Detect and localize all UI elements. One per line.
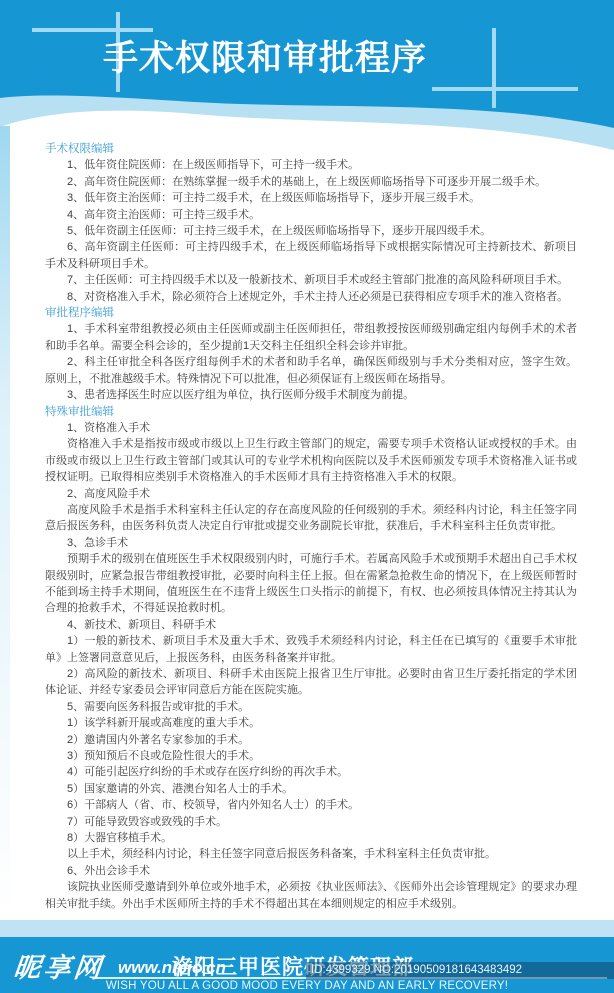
- paragraph: 7、主任医师：可主持四级手术以及一般新技术、新项目手术或经主管部门批准的高风险科…: [45, 272, 577, 288]
- paragraph: 2）高风险的新技术、新项目、科研手术由医院上报省卫生厅审批。必要时由省卫生厅委托…: [45, 666, 577, 699]
- paragraph: 5、需要向医务科报告或审批的手术。: [45, 699, 577, 715]
- section: 手术权限编辑 1、低年资住院医师：在上级医师指导下，可主持一级手术。2、高年资住…: [45, 141, 577, 305]
- footer-slogan: WISH YOU ALL A GOOD MOOD EVERY DAY AND A…: [0, 980, 614, 992]
- section: 特殊审批编辑 1、资格准入手术资格准入手术是指按市级或市级以上卫生行政主管部门的…: [45, 404, 577, 913]
- section: 审批程序编辑 1、手术科室带组教授必须由主任医师或副主任医师担任，带组教授按医师…: [45, 305, 577, 403]
- section-heading: 手术权限编辑: [45, 141, 577, 157]
- paragraph: 4、新技术、新项目、科研手术: [45, 617, 577, 633]
- section-paragraphs: 1、手术科室带组教授必须由主任医师或副主任医师担任，带组教授按医师级别确定组内每…: [45, 321, 577, 403]
- watermark-id: ID:4399329 NO:20190509181643483492: [306, 962, 614, 979]
- paragraph: 6、高年资副主任医师：可主持四级手术，在上级医师临场指导下或根据实际情况可主持新…: [45, 239, 577, 272]
- footer-divider-band: [0, 920, 614, 937]
- paragraph: 预期手术的级别在值班医生手术权限级别内时，可施行手术。若属高风险手术或预期手术超…: [45, 551, 577, 617]
- content: 手术权限编辑 1、低年资住院医师：在上级医师指导下，可主持一级手术。2、高年资住…: [45, 141, 577, 912]
- poster-page: 手术权限和审批程序 手术权限编辑 1、低年资住院医师：在上级医师指导下，可主持一…: [0, 0, 614, 993]
- paragraph: 2）邀请国内外著名专家参加的手术。: [45, 732, 577, 748]
- paragraph: 6）干部病人（省、市、校领导，省内外知名人士）的手术。: [45, 797, 577, 813]
- paragraph: 5）国家邀请的外宾、港澳台知名人士的手术。: [45, 781, 577, 797]
- paragraph: 5、低年资副主任医师：可主持三级手术，在上级医师临场指导下，逐步开展四级手术。: [45, 223, 577, 239]
- paragraph: 7）可能导致毁容或致残的手术。: [45, 814, 577, 830]
- paragraph: 以上手术，须经科内讨论，科主任签字同意后报医务科备案，手术科室科主任负责审批。: [45, 846, 577, 862]
- paragraph: 1、低年资住院医师：在上级医师指导下，可主持一级手术。: [45, 157, 577, 173]
- section-paragraphs: 1、低年资住院医师：在上级医师指导下，可主持一级手术。2、高年资住院医师：在熟练…: [45, 157, 577, 305]
- paragraph: 6、外出会诊手术: [45, 863, 577, 879]
- paragraph: 8、对资格准入手术，除必须符合上述规定外，手术主持人还必须是已获得相应专项手术的…: [45, 289, 577, 305]
- paragraph: 3）预知预后不良或危险性很大的手术。: [45, 748, 577, 764]
- paragraph: 1）该学科新开展或高难度的重大手术。: [45, 715, 577, 731]
- paragraph: 3、急诊手术: [45, 535, 577, 551]
- section-paragraphs: 1、资格准入手术资格准入手术是指按市级或市级以上卫生行政主管部门的规定，需要专项…: [45, 420, 577, 912]
- page-title: 手术权限和审批程序: [0, 31, 530, 81]
- left-edge-gradient: [0, 126, 10, 920]
- section-heading: 特殊审批编辑: [45, 404, 577, 420]
- paragraph: 8）大器官移植手术。: [45, 830, 577, 846]
- paragraph: 4）可能引起医疗纠纷的手术或存在医疗纠纷的再次手术。: [45, 764, 577, 780]
- paragraph: 2、高年资住院医师：在熟练掌握一级手术的基础上，在上级医师临场指导下可逐步开展二…: [45, 174, 577, 190]
- paragraph: 1）一般的新技术、新项目手术及重大手术、致残手术须经科内讨论，科主任在已填写的《…: [45, 633, 577, 666]
- paragraph: 高度风险手术是指手术科室科主任认定的存在高度风险的任何级别的手术。须经科内讨论，…: [45, 502, 577, 535]
- paragraph: 3、低年资主治医师：可主持二级手术，在上级医师临场指导下，逐步开展三级手术。: [45, 190, 577, 206]
- footer: 昵享网 www.nipic.cn 洛阳三甲医院研发管理部 ID:4399329 …: [0, 937, 614, 993]
- paragraph: 4、高年资主治医师：可主持三级手术。: [45, 207, 577, 223]
- paragraph: 1、手术科室带组教授必须由主任医师或副主任医师担任，带组教授按医师级别确定组内每…: [45, 321, 577, 354]
- paragraph: 1、资格准入手术: [45, 420, 577, 436]
- paragraph: 资格准入手术是指按市级或市级以上卫生行政主管部门的规定，需要专项手术资格认证或授…: [45, 436, 577, 485]
- paragraph: 该院执业医师受邀请到外单位或外地手术，必须按《执业医师法》、《医师外出会诊管理规…: [45, 879, 577, 912]
- paragraph: 3、患者选择医生时应以医疗组为单位，执行医师分级手术制度为前提。: [45, 387, 577, 403]
- paragraph: 2、高度风险手术: [45, 486, 577, 502]
- paragraph: 2、科主任审批全科各医疗组每例手术的术者和助手名单，确保医师级别与手术分类相对应…: [45, 354, 577, 387]
- section-heading: 审批程序编辑: [45, 305, 577, 321]
